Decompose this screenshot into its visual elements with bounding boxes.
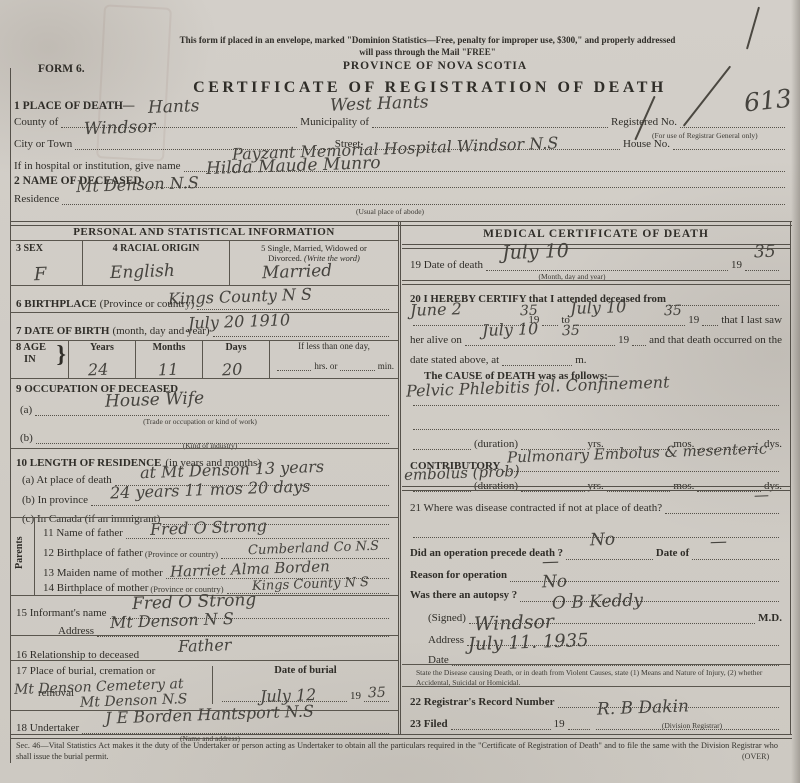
- marital-label-line1: 5 Single, Married, Widowed or: [261, 243, 367, 253]
- certify-line4: date stated above, at m.: [410, 350, 782, 366]
- medical-certificate-column: MEDICAL CERTIFICATE OF DEATH 19 Date of …: [402, 222, 790, 735]
- age-label-2: IN: [16, 354, 36, 365]
- undertaker-label: 18 Undertaker: [16, 722, 79, 734]
- form-number: FORM 6.: [38, 63, 85, 76]
- mail-notice-line2: will pass through the Mail: [359, 47, 462, 57]
- residence-b-label: (b) In province: [22, 494, 88, 506]
- signed-value: O B Keddy: [552, 592, 643, 612]
- age-less-cell: If less than one day, hrs. or min.: [270, 340, 398, 378]
- occupation-b-label: (b): [20, 432, 33, 444]
- physician-date-value: July 11. 1935: [468, 632, 589, 654]
- fill-line: [340, 358, 374, 371]
- filed-label: 23 Filed: [410, 718, 448, 730]
- marital-value: Married: [262, 263, 333, 282]
- father-name-label: 11 Name of father: [43, 527, 123, 539]
- sex-label: 3 SEX: [10, 240, 82, 254]
- age-months-value: 11: [158, 362, 179, 379]
- attended-from-value: June 2: [410, 301, 462, 319]
- mail-notice-line1: This form if placed in an envelope, mark…: [180, 35, 676, 45]
- residence-a-label: (a) At place of death: [22, 474, 112, 486]
- certify-text-3: and that death occurred on the: [649, 334, 782, 346]
- informant-label: 15 Informant's name: [16, 607, 107, 619]
- min-label: min.: [378, 361, 394, 371]
- birthplace-label: 6 BIRTHPLACE: [16, 298, 97, 310]
- occupation-a-note: (Trade or occupation or kind of work): [90, 417, 310, 426]
- residence-value: Mt Denson N.S: [76, 175, 199, 195]
- mother-birthplace-label: 14 Birthplace of mother: [43, 582, 148, 594]
- county-value: Hants: [148, 98, 200, 117]
- reason-label: Reason for operation: [410, 570, 507, 582]
- rule: [10, 448, 398, 449]
- mail-notice: This form if placed in an envelope, mark…: [95, 34, 760, 58]
- rule: [10, 285, 398, 286]
- attended-to-value: July 10: [570, 299, 627, 317]
- date-of-death-row: 19 Date of death 19: [410, 255, 782, 271]
- personal-info-heading: PERSONAL AND STATISTICAL INFORMATION: [10, 226, 398, 238]
- fill-line: [669, 293, 779, 306]
- cause-extra-line: [410, 414, 782, 430]
- burial-place-label: 17 Place of burial, cremation or: [10, 660, 212, 677]
- operation-value: No: [590, 532, 616, 550]
- rule: [402, 686, 790, 687]
- autopsy-label: Was there an autopsy ?: [410, 590, 517, 602]
- residence-label: Residence: [14, 193, 59, 205]
- rule: [402, 664, 790, 665]
- md-label: M.D.: [758, 612, 782, 624]
- fill-line: [372, 115, 608, 128]
- city-value: Windsor: [84, 119, 156, 138]
- age-label-1: 8 AGE: [16, 342, 46, 353]
- sex-value: F: [34, 266, 47, 284]
- hrs-label: hrs. or: [314, 361, 337, 371]
- vital-statistics-note: Sec. 46—Vital Statistics Act makes it th…: [16, 740, 778, 762]
- city-label: City or Town: [14, 138, 72, 150]
- fill-line: [413, 417, 779, 430]
- table-right-border: [790, 222, 791, 735]
- attended-to-year: 35: [664, 304, 682, 319]
- years-header: Years: [69, 340, 135, 353]
- autopsy-value: No: [542, 574, 568, 592]
- reason-value: —: [542, 554, 560, 572]
- municipality-label: Municipality of: [300, 116, 369, 128]
- age-days-value: 20: [222, 362, 243, 379]
- mother-birthplace-value: Kings County N S: [252, 576, 369, 593]
- medical-certificate-heading: MEDICAL CERTIFICATE OF DEATH: [402, 228, 790, 241]
- her-alive-label: her alive on: [410, 334, 462, 346]
- filed-year-printed: 19: [554, 718, 565, 730]
- fill-line: [568, 717, 590, 730]
- personal-statistical-column: PERSONAL AND STATISTICAL INFORMATION 3 S…: [10, 222, 398, 735]
- fill-line: [702, 313, 718, 326]
- hospital-row: If in hospital or institution, give name: [14, 156, 788, 172]
- place-of-death-heading: 1 PLACE OF DEATH—: [14, 100, 134, 113]
- informant-address-value: Mt Denson N S: [110, 611, 234, 631]
- sex-racial-marital-row: 3 SEX 4 RACIAL ORIGIN 5 Single, Married,…: [10, 240, 398, 285]
- occupation-a-label: (a): [20, 404, 32, 416]
- certify-text-4: date stated above, at: [410, 354, 499, 366]
- age-label-cell: 8 AGE IN }: [10, 340, 69, 378]
- dob-value: July 20 1910: [188, 312, 291, 332]
- date-of-death-value: July 10: [502, 242, 570, 263]
- scan-right-shadow: [791, 0, 800, 783]
- attended-from-year: 35: [520, 304, 538, 319]
- fill-line: [673, 137, 785, 150]
- mail-notice-free: "FREE": [462, 47, 496, 57]
- fill-line: [35, 403, 389, 416]
- father-birthplace-sublabel: (Province or country): [145, 549, 218, 559]
- disease-contracted-label: 21 Where was disease contracted if not a…: [410, 502, 662, 514]
- parents-label: Parents: [14, 536, 25, 569]
- rule: [10, 378, 398, 379]
- province-heading: PROVINCE OF NOVA SCOTIA: [200, 60, 670, 72]
- operation-label: Did an operation precede death ?: [410, 548, 563, 560]
- rule: [402, 486, 790, 491]
- physician-address-label: Address: [428, 634, 464, 646]
- less-than-day-label: If less than one day,: [270, 340, 398, 352]
- division-registrar-signature: R. B Dakin: [597, 698, 690, 718]
- signed-label: (Signed): [428, 612, 466, 624]
- usual-abode-note: (Usual place of abode): [300, 207, 480, 216]
- fill-line: [413, 437, 471, 450]
- death-year-value: 35: [754, 244, 776, 262]
- age-years-value: 24: [88, 362, 109, 379]
- certify-text-2: that I last saw: [721, 314, 782, 326]
- alive-year-value: 35: [562, 324, 580, 339]
- date-of-death-label: 19 Date of death: [410, 259, 483, 271]
- disease-contracted-mark: —: [754, 488, 770, 504]
- operation-date-label: Date of: [656, 548, 689, 560]
- father-birthplace-label: 12 Birthplace of father: [43, 547, 143, 559]
- occupation-a-value: House Wife: [105, 390, 205, 410]
- racial-origin-value: English: [110, 263, 175, 282]
- house-no-label: House No.: [623, 138, 670, 150]
- registered-no-label: Registered No.: [611, 116, 677, 128]
- hospital-label: If in hospital or institution, give name: [14, 160, 181, 172]
- fill-line: [542, 313, 558, 326]
- certify-line3: her alive on 19 and that death occurred …: [410, 330, 782, 346]
- disease-contracted-row: 21 Where was disease contracted if not a…: [410, 498, 782, 514]
- brace-glyph: }: [57, 342, 66, 369]
- burial-year-value: 35: [368, 686, 386, 701]
- alive-on-value: July 10: [482, 321, 539, 339]
- fill-line: [277, 358, 311, 371]
- death-year-printed: 19: [731, 259, 742, 271]
- county-label: County of: [14, 116, 58, 128]
- reason-row: Reason for operation: [410, 566, 782, 582]
- days-header: Days: [203, 340, 269, 353]
- rule: [402, 280, 790, 285]
- record-number-label: 22 Registrar's Record Number: [410, 696, 555, 708]
- registered-no-value: 613: [743, 86, 793, 116]
- fill-line: [451, 717, 551, 730]
- alive-year-printed: 19: [618, 334, 629, 346]
- certificate-title: CERTIFICATE OF REGISTRATION OF DEATH: [110, 79, 750, 97]
- over-label: (OVER): [742, 752, 769, 761]
- column-divider: [398, 222, 401, 735]
- months-header: Months: [136, 340, 202, 353]
- operation-date-value: —: [710, 534, 728, 552]
- burial-year-printed: 19: [350, 690, 361, 702]
- relationship-value: Father: [178, 637, 232, 655]
- burial-date-header: Date of burial: [213, 660, 398, 677]
- to-year-printed: 19: [688, 314, 699, 326]
- division-registrar-note: (Division Registrar): [622, 721, 762, 730]
- fill-line: [502, 353, 572, 366]
- parents-label-cell: Parents: [10, 517, 35, 595]
- fill-line: [632, 333, 646, 346]
- father-name-value: Fred O Strong: [150, 518, 267, 538]
- age-table: 8 AGE IN } Years Months Days If less tha…: [10, 340, 398, 378]
- death-certificate-scan: This form if placed in an envelope, mark…: [0, 0, 800, 783]
- racial-origin-label: 4 RACIAL ORIGIN: [83, 240, 229, 254]
- certify-m-label: m.: [575, 354, 586, 366]
- municipality-value: West Hants: [330, 94, 429, 114]
- fill-line: [62, 192, 785, 205]
- fill-line: [680, 115, 785, 128]
- rule: [402, 244, 790, 249]
- occupation-a-row: (a): [20, 400, 392, 416]
- dob-label: 7 DATE OF BIRTH: [16, 325, 109, 337]
- fill-line: [692, 547, 779, 560]
